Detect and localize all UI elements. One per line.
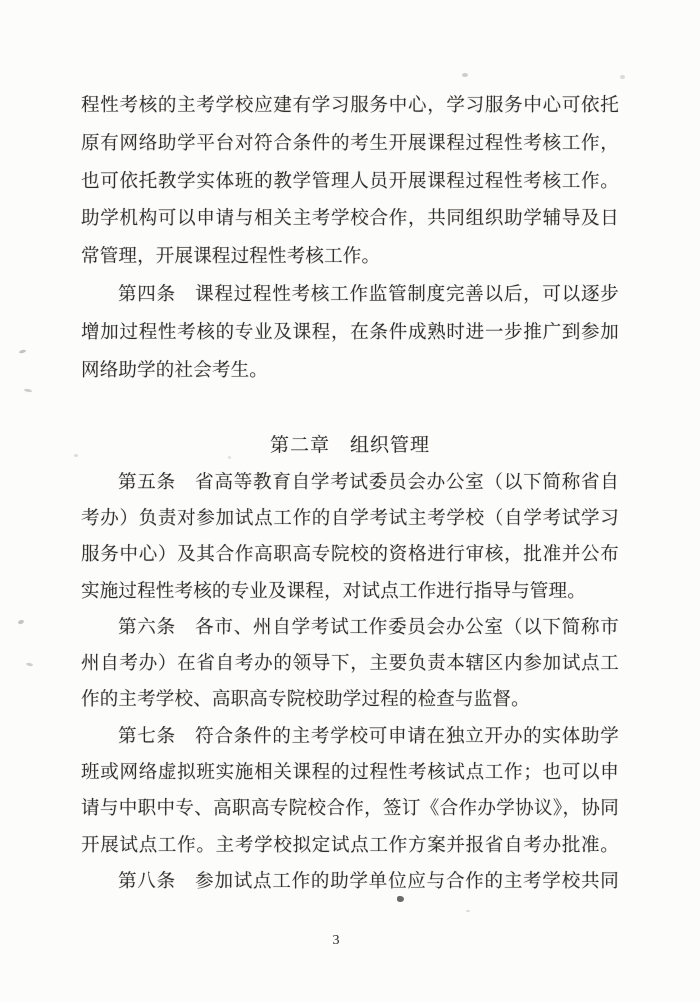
text-line: 常管理，开展课程过程性考核工作。 xyxy=(81,239,619,277)
scan-speck xyxy=(462,73,468,77)
scan-speck xyxy=(26,662,33,666)
text-line: 助学机构可以申请与相关主考学校合作，共同组织助学辅导及日 xyxy=(81,201,619,239)
scan-speck xyxy=(24,388,32,392)
scan-speck xyxy=(466,910,470,912)
page-number: 3 xyxy=(0,933,672,949)
scan-speck xyxy=(17,619,24,625)
text-line: 增加过程性考核的专业及课程，在条件成熟时进一步推广到参加 xyxy=(81,315,619,353)
text-line: 网络助学的社会考生。 xyxy=(81,353,619,391)
text-line: 考办）负责对参加试点工作的自学考试主考学校（自学考试学习 xyxy=(81,501,619,537)
text-line: 程性考核的主考学校应建有学习服务中心，学习服务中心可依托 xyxy=(81,88,619,126)
scan-speck xyxy=(397,896,404,902)
text-line: 服务中心）及其合作高职高专院校的资格进行审核，批准并公布 xyxy=(81,537,619,573)
scan-speck xyxy=(74,454,78,457)
text-line: 州自考办）在省自考办的领导下，主要负责本辖区内参加试点工 xyxy=(81,646,619,682)
text-line-article-8: 第八条 参加试点工作的助学单位应与合作的主考学校共同 xyxy=(81,864,619,900)
document-page: 程性考核的主考学校应建有学习服务中心，学习服务中心可依托 原有网络助学平台对符合… xyxy=(0,0,700,1002)
text-line: 原有网络助学平台对符合条件的考生开展课程过程性考核工作， xyxy=(81,126,619,164)
text-line: 实施过程性考核的专业及课程，对试点工作进行指导与管理。 xyxy=(81,574,619,610)
text-line: 请与中职中专、高职高专院校合作，签订《合作办学协议》，协同 xyxy=(81,791,619,827)
text-line: 也可依托教学实体班的教学管理人员开展课程过程性考核工作。 xyxy=(81,164,619,202)
text-line-article-6: 第六条 各市、州自学考试工作委员会办公室（以下简称市 xyxy=(81,610,619,646)
text-line-article-4: 第四条 课程过程性考核工作监管制度完善以后，可以逐步 xyxy=(81,277,619,315)
chapter-heading: 第二章 组织管理 xyxy=(81,428,619,464)
text-line-article-5: 第五条 省高等教育自学考试委员会办公室（以下简称省自 xyxy=(81,465,619,501)
text-line: 班或网络虚拟班实施相关课程的过程性考核试点工作；也可以申 xyxy=(81,755,619,791)
text-line: 作的主考学校、高职高专院校助学过程的检查与监督。 xyxy=(81,682,619,718)
scan-speck xyxy=(228,456,231,459)
text-line-article-7: 第七条 符合条件的主考学校可申请在独立开办的实体助学 xyxy=(81,719,619,755)
scan-speck xyxy=(19,349,27,354)
document-text-block: 程性考核的主考学校应建有学习服务中心，学习服务中心可依托 原有网络助学平台对符合… xyxy=(81,88,619,900)
scan-speck xyxy=(620,75,625,79)
text-line: 开展试点工作。主考学校拟定试点工作方案并报省自考办批准。 xyxy=(81,828,619,864)
